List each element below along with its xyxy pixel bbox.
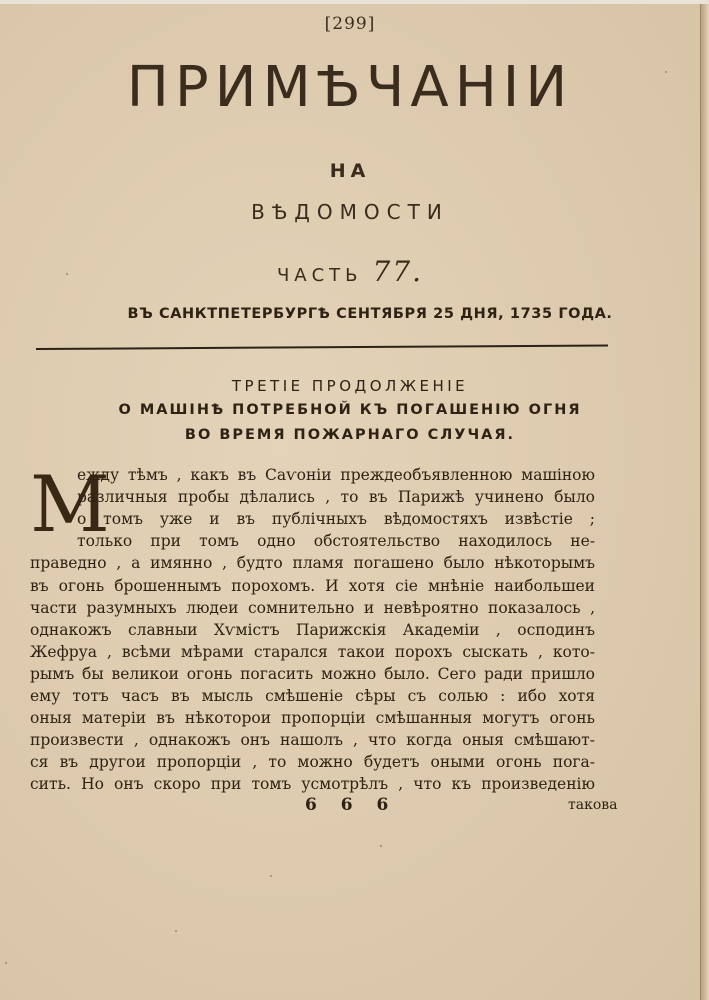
body-line: оныя матеріи въ нѣкоторои пропорціи смѣш… (30, 707, 595, 729)
body-line: ежду тѣмъ , какъ въ Саѵоніи преждеобъявл… (77, 464, 595, 486)
article-heading-line: ВО ВРЕМЯ ПОЖАРНАГО СЛУЧАЯ. (0, 427, 700, 443)
page-title: ПРИМѢЧАНІИ (0, 55, 700, 120)
article-heading-line: О МАШІНѢ ПОТРЕБНОЙ КЪ ПОГАШЕНІЮ ОГНЯ (0, 402, 700, 418)
part-heading: ЧАСТЬ77. (0, 255, 700, 288)
dateline: ВЪ САНКТПЕТЕРБУРГѢ СЕНТЯБРЯ 25 ДНЯ, 1735… (20, 306, 709, 322)
part-number: 77. (373, 255, 424, 288)
paper-speck (270, 875, 272, 877)
body-line: ся въ другои пропорціи , то можно будетъ… (30, 751, 595, 773)
body-line: части разумныхъ людеи сомнительно и невѣ… (30, 597, 595, 619)
paper-speck (665, 71, 667, 73)
paper-speck (5, 962, 7, 964)
catchword: такова (568, 797, 618, 813)
body-line: праведно , а имянно , будто пламя погаше… (30, 552, 595, 574)
paper-speck (380, 845, 382, 847)
body-line: однакожъ славныи Хѵмістъ Парижскія Акаде… (30, 619, 595, 641)
part-label: ЧАСТЬ (277, 265, 363, 286)
page-number: [299] (0, 14, 700, 34)
paper-speck (175, 930, 177, 932)
body-line: Жефруа , всѣми мѣрами старался такои пор… (30, 641, 595, 663)
body-line: о томъ уже и въ публічныхъ вѣдомостяхъ и… (77, 508, 595, 530)
body-line: въ огонь брошеннымъ порохомъ. И хотя сіе… (30, 575, 595, 597)
body-line: различныя пробы дѣлались , то въ Парижѣ … (77, 486, 595, 508)
subtitle-vedomosti: ВѢДОМОСТИ (0, 200, 700, 224)
page-stack-edge (700, 0, 709, 1000)
body-line: рымъ бы великои огонь погасить можно был… (30, 663, 595, 685)
body-line: только при томъ одно обстоятельство нахо… (77, 530, 595, 552)
signature-mark: 6 6 6 (305, 795, 397, 815)
body-line: сить. Но онъ скоро при томъ усмотрѣлъ , … (30, 773, 595, 795)
body-line: ему тотъ часъ въ мысль смѣшеніе сѣры съ … (30, 685, 595, 707)
paper-speck (66, 273, 68, 275)
article-heading-line: ТРЕТІЕ ПРОДОЛЖЕНІЕ (0, 377, 700, 395)
background-strip (0, 0, 709, 4)
subtitle-na: НА (0, 160, 700, 182)
body-line: произвести , однакожъ онъ нашолъ , что к… (30, 729, 595, 751)
